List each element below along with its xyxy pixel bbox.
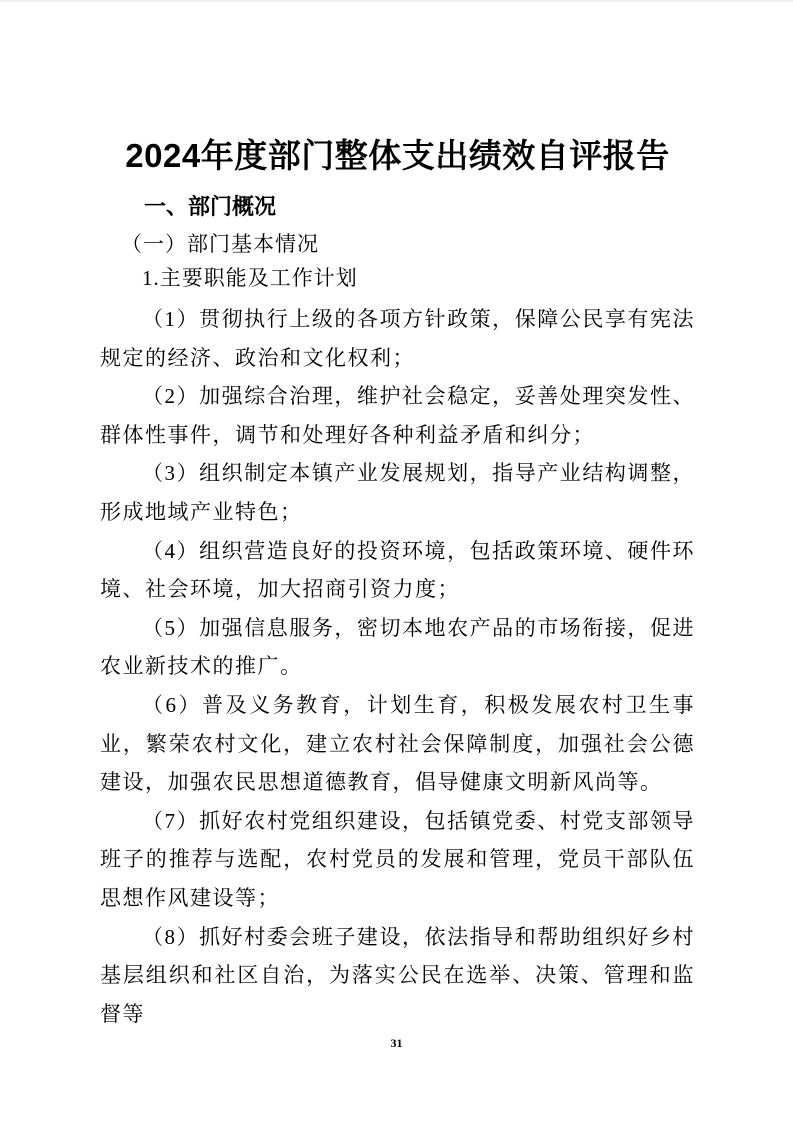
item-heading-main-functions: 1.主要职能及工作计划 xyxy=(100,264,695,292)
paragraph-7: （7）抓好农村党组织建设，包括镇党委、村党支部领导班子的推荐与选配，农村党员的发… xyxy=(100,802,695,918)
document-content: 2024年度部门整体支出绩效自评报告 一、部门概况 （一）部门基本情况 1.主要… xyxy=(0,2,793,1033)
document-page: 2024年度部门整体支出绩效自评报告 一、部门概况 （一）部门基本情况 1.主要… xyxy=(0,0,793,1122)
paragraph-4: （4）组织营造良好的投资环境，包括政策环境、硬件环境、社会环境，加大招商引资力度… xyxy=(100,532,695,609)
paragraph-2: （2）加强综合治理，维护社会稳定，妥善处理突发性、群体性事件，调节和处理好各种利… xyxy=(100,377,695,454)
paragraph-8: （8）抓好村委会班子建设，依法指导和帮助组织好乡村基层组织和社区自治，为落实公民… xyxy=(100,918,695,1034)
paragraph-5: （5）加强信息服务，密切本地农产品的市场衔接，促进农业新技术的推广。 xyxy=(100,609,695,686)
document-title: 2024年度部门整体支出绩效自评报告 xyxy=(100,2,695,178)
paragraph-3: （3）组织制定本镇产业发展规划，指导产业结构调整，形成地域产业特色； xyxy=(100,454,695,531)
section-heading-department-overview: 一、部门概况 xyxy=(100,194,695,220)
subsection-heading-basic-situation: （一）部门基本情况 xyxy=(100,230,695,258)
paragraph-list: （1）贯彻执行上级的各项方针政策，保障公民享有宪法规定的经济、政治和文化权利； … xyxy=(100,300,695,1033)
paragraph-6: （6）普及义务教育，计划生育，积极发展农村卫生事业，繁荣农村文化，建立农村社会保… xyxy=(100,686,695,802)
paragraph-1: （1）贯彻执行上级的各项方针政策，保障公民享有宪法规定的经济、政治和文化权利； xyxy=(100,300,695,377)
page-number: 31 xyxy=(0,1036,793,1051)
